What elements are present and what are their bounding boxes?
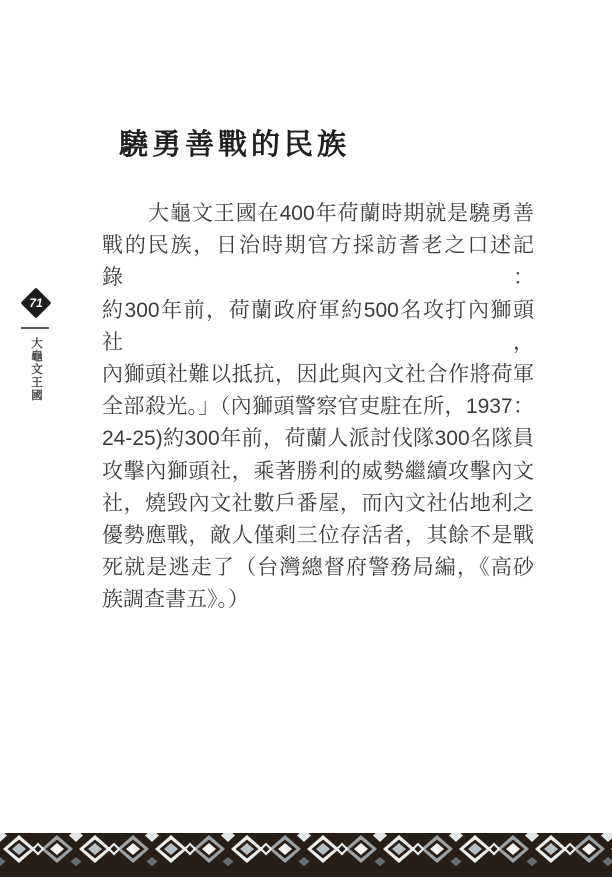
- body-line: 族調查書五》。）: [102, 584, 534, 616]
- page-number: 71: [25, 296, 47, 310]
- body-line: 全部殺光。」（內獅頭警察官吏駐在所，1937：: [102, 391, 534, 423]
- body-text: 大龜文王國在400年荷蘭時期就是驍勇善 戰的民族，日治時期官方採訪耆老之口述記錄…: [102, 198, 534, 617]
- body-line: 社，燒毀內文社數戶番屋，而內文社佔地利之: [102, 488, 534, 520]
- body-line: 攻擊內獅頭社，乘著勝利的威勢繼續攻擊內文: [102, 456, 534, 488]
- body-line: 大龜文王國在400年荷蘭時期就是驍勇善: [102, 198, 534, 230]
- body-line: 優勢應戰，敵人僅剩三位存活者，其餘不是戰: [102, 520, 534, 552]
- body-line: 約300年前，荷蘭政府軍約500名攻打內獅頭社，: [102, 295, 534, 359]
- book-page: 驍勇善戰的民族 71 大龜文王國 大龜文王國在400年荷蘭時期就是驍勇善 戰的民…: [0, 0, 612, 889]
- body-line: 24-25)約300年前，荷蘭人派討伐隊300名隊員: [102, 423, 534, 455]
- body-line: 內獅頭社難以抵抗，因此與內文社合作將荷軍: [102, 359, 534, 391]
- body-line: 戰的民族，日治時期官方採訪耆老之口述記錄：: [102, 230, 534, 294]
- diamond-pattern-icon: [0, 833, 612, 877]
- decorative-border-pattern: [0, 833, 612, 877]
- body-line: 死就是逃走了（台灣總督府警務局編，《高砂: [102, 552, 534, 584]
- book-title-vertical: 大龜文王國: [28, 337, 44, 402]
- sidebar-divider: [21, 327, 49, 329]
- chapter-title: 驍勇善戰的民族: [119, 122, 350, 163]
